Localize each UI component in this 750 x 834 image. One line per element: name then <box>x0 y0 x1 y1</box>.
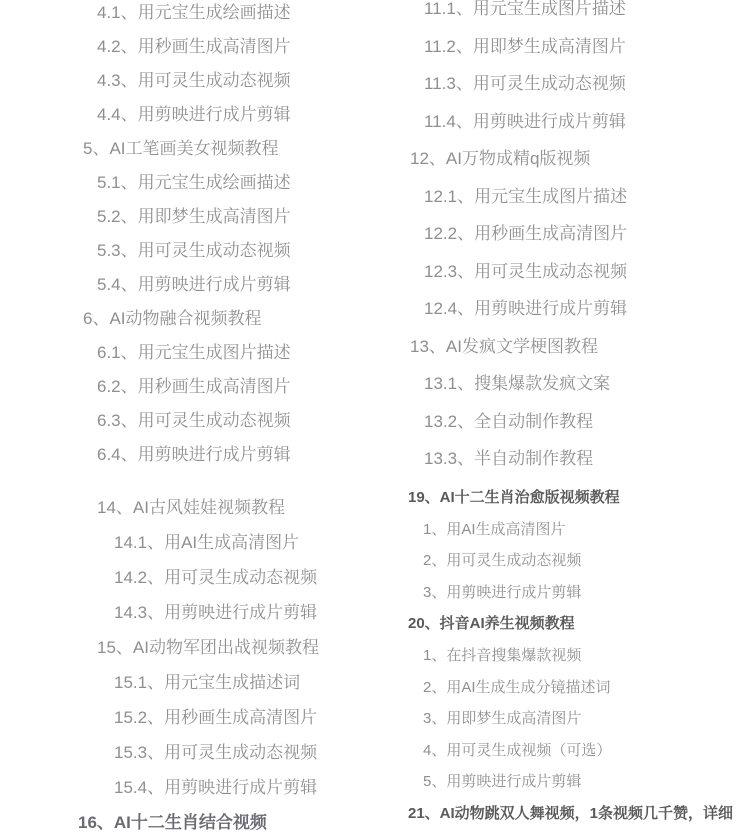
toc-item: 5.2、用即梦生成高清图片 <box>0 200 375 234</box>
toc-item: 11.4、用剪映进行成片剪辑 <box>375 103 750 141</box>
toc-item: 12.4、用剪映进行成片剪辑 <box>375 290 750 328</box>
toc-section: 11.1、用元宝生成图片描述11.2、用即梦生成高清图片11.3、用可灵生成动态… <box>375 0 750 478</box>
toc-item: 12.3、用可灵生成动态视频 <box>375 253 750 291</box>
toc-item: 12.1、用元宝生成图片描述 <box>375 178 750 216</box>
toc-item: 4.3、用可灵生成动态视频 <box>0 64 375 98</box>
toc-item: 13.2、全自动制作教程 <box>375 403 750 441</box>
toc-section: 4.1、用元宝生成绘画描述4.2、用秒画生成高清图片4.3、用可灵生成动态视频4… <box>0 0 375 472</box>
toc-item: 20、抖音AI养生视频教程 <box>375 608 750 640</box>
toc-item: 13、AI发疯文学梗图教程 <box>375 328 750 366</box>
toc-item: 15.4、用剪映进行成片剪辑 <box>0 770 375 805</box>
toc-item: 3、用即梦生成高清图片 <box>375 703 750 735</box>
toc-right-column: 11.1、用元宝生成图片描述11.2、用即梦生成高清图片11.3、用可灵生成动态… <box>375 0 750 834</box>
toc-item: 15、AI动物军团出战视频教程 <box>0 630 375 665</box>
toc-item: 16、AI十二生肖结合视频 <box>0 805 375 834</box>
toc-item: 5.1、用元宝生成绘画描述 <box>0 166 375 200</box>
document-page: 4.1、用元宝生成绘画描述4.2、用秒画生成高清图片4.3、用可灵生成动态视频4… <box>0 0 750 834</box>
toc-item: 4.2、用秒画生成高清图片 <box>0 30 375 64</box>
toc-item: 4、用可灵生成视频（可选） <box>375 735 750 767</box>
toc-item: 2、用AI生成生成分镜描述词 <box>375 672 750 704</box>
toc-section: 14、AI古风娃娃视频教程14.1、用AI生成高清图片14.2、用可灵生成动态视… <box>0 490 375 834</box>
toc-item: 4.4、用剪映进行成片剪辑 <box>0 98 375 132</box>
toc-item: 13.1、搜集爆款发疯文案 <box>375 365 750 403</box>
toc-item: 15.3、用可灵生成动态视频 <box>0 735 375 770</box>
toc-item: 15.2、用秒画生成高清图片 <box>0 700 375 735</box>
toc-item: 6、AI动物融合视频教程 <box>0 302 375 336</box>
toc-item: 19、AI十二生肖治愈版视频教程 <box>375 482 750 514</box>
toc-item: 6.4、用剪映进行成片剪辑 <box>0 438 375 472</box>
toc-item: 21、AI动物跳双人舞视频，1条视频几千赞，详细 <box>375 798 750 830</box>
toc-item: 13.3、半自动制作教程 <box>375 440 750 478</box>
toc-item: 5、AI工笔画美女视频教程 <box>0 132 375 166</box>
toc-left-column: 4.1、用元宝生成绘画描述4.2、用秒画生成高清图片4.3、用可灵生成动态视频4… <box>0 0 375 834</box>
toc-item: 2、用可灵生成动态视频 <box>375 545 750 577</box>
toc-item: 1、用AI生成高清图片 <box>375 514 750 546</box>
toc-section: 19、AI十二生肖治愈版视频教程1、用AI生成高清图片2、用可灵生成动态视频3、… <box>375 482 750 830</box>
toc-item: 11.2、用即梦生成高清图片 <box>375 28 750 66</box>
toc-item: 14.3、用剪映进行成片剪辑 <box>0 595 375 630</box>
toc-item: 5.4、用剪映进行成片剪辑 <box>0 268 375 302</box>
toc-item: 4.1、用元宝生成绘画描述 <box>0 0 375 30</box>
toc-item: 5.3、用可灵生成动态视频 <box>0 234 375 268</box>
toc-item: 12、AI万物成精q版视频 <box>375 140 750 178</box>
toc-item: 6.2、用秒画生成高清图片 <box>0 370 375 404</box>
toc-item: 12.2、用秒画生成高清图片 <box>375 215 750 253</box>
toc-item: 11.1、用元宝生成图片描述 <box>375 0 750 28</box>
toc-item: 15.1、用元宝生成描述词 <box>0 665 375 700</box>
toc-item: 1、在抖音搜集爆款视频 <box>375 640 750 672</box>
toc-item: 6.1、用元宝生成图片描述 <box>0 336 375 370</box>
toc-item: 6.3、用可灵生成动态视频 <box>0 404 375 438</box>
toc-item: 14、AI古风娃娃视频教程 <box>0 490 375 525</box>
toc-item: 14.2、用可灵生成动态视频 <box>0 560 375 595</box>
toc-item: 3、用剪映进行成片剪辑 <box>375 577 750 609</box>
toc-item: 11.3、用可灵生成动态视频 <box>375 65 750 103</box>
toc-item: 5、用剪映进行成片剪辑 <box>375 766 750 798</box>
toc-item: 14.1、用AI生成高清图片 <box>0 525 375 560</box>
